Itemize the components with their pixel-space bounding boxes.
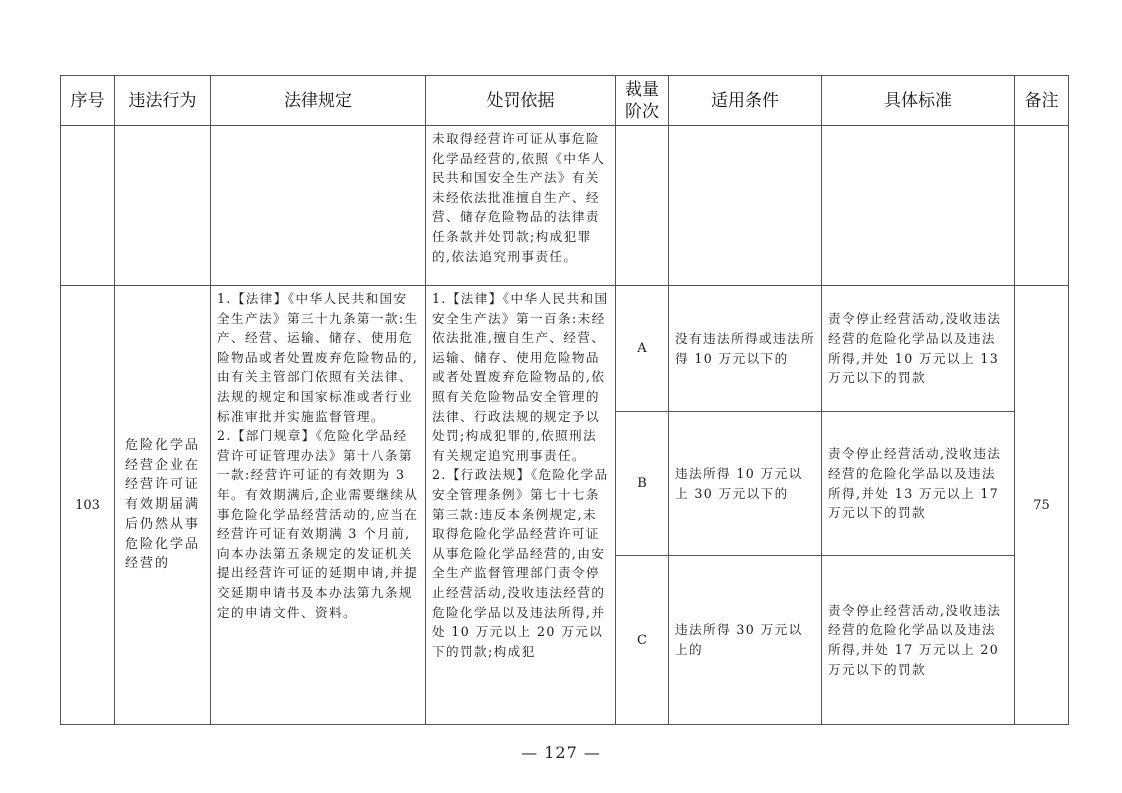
cell-empty <box>211 126 426 286</box>
cell-standard-a: 责令停止经营活动,没收违法经营的危险化学品以及违法所得,并处 10 万元以上 1… <box>822 286 1015 412</box>
standard-c-text: 责令停止经营活动,没收违法经营的危险化学品以及违法所得,并处 17 万元以上 2… <box>822 601 1014 679</box>
cell-penalty-basis-continued: 未取得经营许可证从事危险化学品经营的,依照《中华人民共和国安全生产法》有关未经依… <box>426 126 616 286</box>
header-penalty-basis: 处罚依据 <box>426 76 616 126</box>
cell-standard-c: 责令停止经营活动,没收违法经营的危险化学品以及违法所得,并处 17 万元以上 2… <box>822 556 1015 725</box>
header-legal-provisions: 法律规定 <box>211 76 426 126</box>
condition-b-text: 违法所得 10 万元以上 30 万元以下的 <box>669 464 821 503</box>
cell-tier-b: B <box>616 412 669 556</box>
condition-c-text: 违法所得 30 万元以上的 <box>669 620 821 659</box>
header-number: 序号 <box>61 76 115 126</box>
cell-tier-c: C <box>616 556 669 725</box>
header-specific-standard: 具体标准 <box>822 76 1015 126</box>
legal-provision-1: 1.【法律】《中华人民共和国安全生产法》第三十九条第一款:生产、经营、运输、储存… <box>211 286 425 426</box>
cell-number: 103 <box>61 286 115 725</box>
legal-provision-2: 2.【部门规章】《危险化学品经营许可证管理办法》第十八条第一款:经营许可证的有效… <box>211 426 425 622</box>
cell-standard-b: 责令停止经营活动,没收违法经营的危险化学品以及违法所得,并处 13 万元以上 1… <box>822 412 1015 556</box>
header-violation: 违法行为 <box>115 76 211 126</box>
penalty-basis-tail-text: 未取得经营许可证从事危险化学品经营的,依照《中华人民共和国安全生产法》有关未经依… <box>426 126 615 266</box>
cell-condition-c: 违法所得 30 万元以上的 <box>669 556 822 725</box>
condition-a-text: 没有违法所得或违法所得 10 万元以下的 <box>669 329 821 368</box>
penalty-basis-1: 1.【法律】《中华人民共和国安全生产法》第一百条:未经依法批准,擅自生产、经营、… <box>426 286 615 465</box>
cell-remark: 75 <box>1015 286 1069 725</box>
cell-tier-a: A <box>616 286 669 412</box>
standard-a-text: 责令停止经营活动,没收违法经营的危险化学品以及违法所得,并处 10 万元以上 1… <box>822 309 1014 387</box>
cell-empty <box>115 126 211 286</box>
cell-empty <box>61 126 115 286</box>
cell-empty <box>822 126 1015 286</box>
header-discretion-tier: 裁量阶次 <box>616 76 669 126</box>
standard-b-text: 责令停止经营活动,没收违法经营的危险化学品以及违法所得,并处 13 万元以上 1… <box>822 444 1014 522</box>
header-applicable-condition: 适用条件 <box>669 76 822 126</box>
header-row: 序号 违法行为 法律规定 处罚依据 裁量阶次 适用条件 具体标准 备注 <box>61 76 1069 126</box>
cell-empty <box>616 126 669 286</box>
violation-text: 危险化学品经营企业在经营许可证有效期届满后仍然从事危险化学品经营的 <box>115 436 210 575</box>
cell-condition-a: 没有违法所得或违法所得 10 万元以下的 <box>669 286 822 412</box>
header-remark: 备注 <box>1015 76 1069 126</box>
cell-empty <box>1015 126 1069 286</box>
table-row-continued: 未取得经营许可证从事危险化学品经营的,依照《中华人民共和国安全生产法》有关未经依… <box>61 126 1069 286</box>
cell-violation: 危险化学品经营企业在经营许可证有效期届满后仍然从事危险化学品经营的 <box>115 286 211 725</box>
cell-condition-b: 违法所得 10 万元以上 30 万元以下的 <box>669 412 822 556</box>
cell-empty <box>669 126 822 286</box>
cell-legal-provisions: 1.【法律】《中华人民共和国安全生产法》第三十九条第一款:生产、经营、运输、储存… <box>211 286 426 725</box>
cell-penalty-basis: 1.【法律】《中华人民共和国安全生产法》第一百条:未经依法批准,擅自生产、经营、… <box>426 286 616 725</box>
penalty-discretion-table: 序号 违法行为 法律规定 处罚依据 裁量阶次 适用条件 具体标准 备注 未取得经… <box>60 75 1069 725</box>
penalty-basis-2: 2.【行政法规】《危险化学品安全管理条例》第七十七条第三款:违反本条例规定,未取… <box>426 465 615 661</box>
table-row-103-tier-a: 103 危险化学品经营企业在经营许可证有效期届满后仍然从事危险化学品经营的 1.… <box>61 286 1069 412</box>
page-number: — 127 — <box>0 743 1122 762</box>
